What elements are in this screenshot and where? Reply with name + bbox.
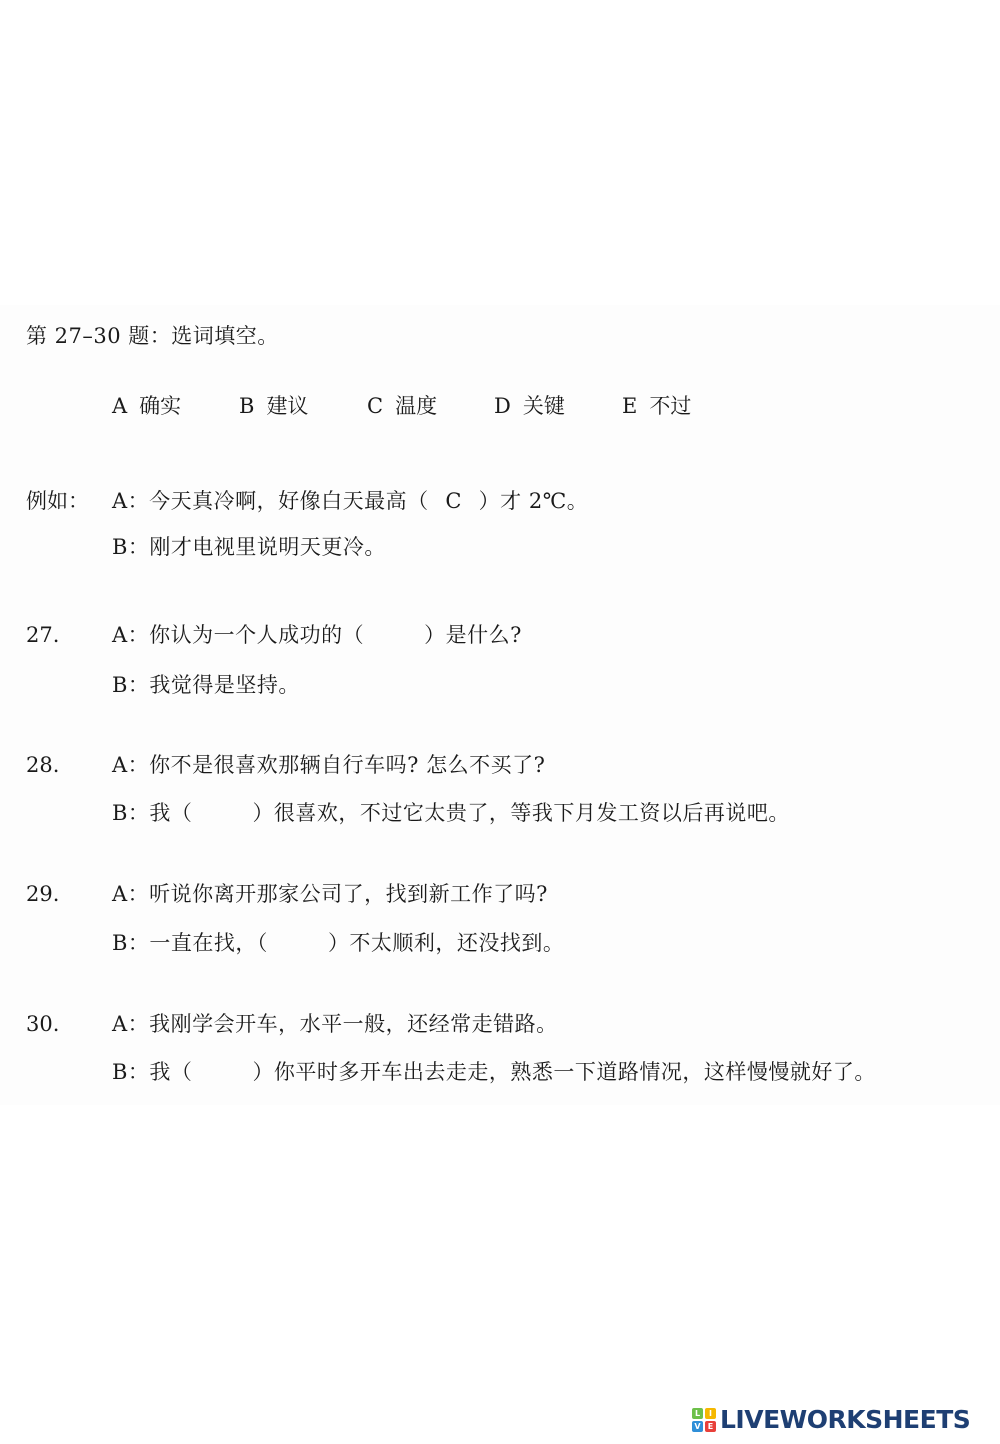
liveworksheets-logo: L I V E LIVEWORKSHEETS	[692, 1405, 970, 1434]
example-answer: C	[429, 487, 479, 515]
word-option-b: B建议	[239, 392, 308, 420]
question-27-line-b: B：我觉得是坚持。	[112, 671, 300, 699]
logo-cell-e: E	[705, 1421, 716, 1432]
question-30-line-a: A：我刚学会开车，水平一般，还经常走错路。	[112, 1010, 558, 1038]
worksheet-area	[0, 305, 1000, 1105]
example-line-b: B：刚才电视里说明天更冷。	[112, 533, 386, 561]
logo-cell-l: L	[692, 1408, 703, 1419]
word-option-e: E不过	[622, 392, 691, 420]
logo-cell-v: V	[692, 1421, 703, 1432]
word-option-d: D关键	[494, 392, 565, 420]
question-29-line-b: B：一直在找，（）不太顺利，还没找到。	[112, 929, 564, 957]
question-29-line-a: A：听说你离开那家公司了，找到新工作了吗?	[112, 880, 548, 908]
example-label: 例如：	[26, 487, 89, 515]
question-28-line-a: A：你不是很喜欢那辆自行车吗? 怎么不买了?	[112, 751, 545, 779]
question-28-line-b: B：我（）很喜欢，不过它太贵了，等我下月发工资以后再说吧。	[112, 799, 790, 827]
logo-wordmark: LIVEWORKSHEETS	[720, 1405, 970, 1434]
question-30-line-b: B：我（）你平时多开车出去走走，熟悉一下道路情况，这样慢慢就好了。	[112, 1058, 876, 1086]
example-line-a: A：今天真冷啊，好像白天最高（C）才 2℃。	[112, 487, 588, 515]
question-number-29: 29.	[26, 880, 59, 908]
question-27-line-a: A：你认为一个人成功的（）是什么?	[112, 621, 522, 649]
logo-cell-i: I	[705, 1408, 716, 1419]
question-number-28: 28.	[26, 751, 59, 779]
logo-icon: L I V E	[692, 1408, 716, 1432]
word-option-a: A确实	[112, 392, 181, 420]
word-option-c: C温度	[367, 392, 437, 420]
question-number-27: 27.	[26, 621, 59, 649]
instruction-heading: 第 27–30 题：选词填空。	[26, 322, 279, 350]
question-number-30: 30.	[26, 1010, 59, 1038]
